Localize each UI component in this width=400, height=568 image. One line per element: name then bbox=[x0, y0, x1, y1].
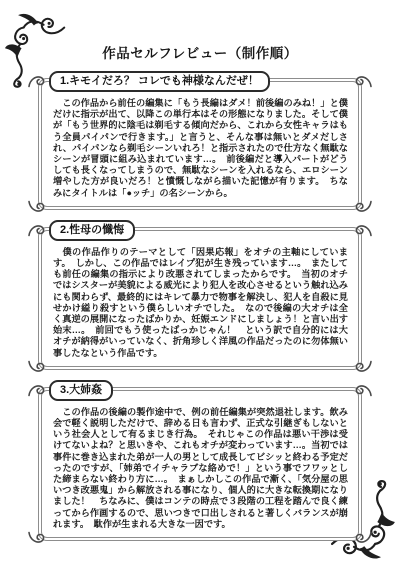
corner-swirl-icon bbox=[354, 199, 372, 214]
corner-swirl-icon bbox=[28, 74, 46, 89]
section-2-label: 2.性母の懺悔 bbox=[49, 220, 135, 241]
section-1-body: この作品から前任の編集に「もう長編はダメ！前後編のみね！」と僕だけに指示が出て、… bbox=[53, 98, 348, 199]
section-3-label: 3.大姉姦 bbox=[49, 380, 113, 401]
section-1-label: 1.キモイだろ？ コレでも神様なんだぜ！ bbox=[49, 71, 270, 92]
corner-swirl-icon bbox=[28, 199, 46, 214]
corner-swirl-icon bbox=[354, 74, 372, 89]
corner-swirl-icon bbox=[354, 359, 372, 374]
corner-swirl-icon bbox=[354, 223, 372, 238]
corner-swirl-icon bbox=[28, 359, 46, 374]
review-panel-3: 3.大姉姦 この作品の後編の製作途中で、例の前任編集が突然退社します。飲み会で軽… bbox=[38, 387, 362, 541]
review-panel-2: 2.性母の懺悔 僕の作品作りのテーマとして「因果応報」をオチの主軸にしています。… bbox=[38, 227, 362, 370]
page-title: 作品セルフレビュー（制作順） bbox=[0, 42, 400, 62]
scanned-review-page: { "page": { "title": "作品セルフレビュー（制作順）" },… bbox=[0, 0, 400, 568]
corner-swirl-icon bbox=[354, 530, 372, 545]
section-3-body: この作品の後編の製作途中で、例の前任編集が突然退社します。飲み会で軽く説明しただ… bbox=[53, 407, 348, 530]
review-panel-list: 1.キモイだろ？ コレでも神様なんだぜ！ この作品から前任の編集に「もう長編はダ… bbox=[38, 78, 362, 558]
corner-swirl-icon bbox=[28, 383, 46, 398]
section-2-body: 僕の作品作りのテーマとして「因果応報」をオチの主軸にしています。 しかし、この作… bbox=[53, 247, 348, 359]
review-panel-1: 1.キモイだろ？ コレでも神様なんだぜ！ この作品から前任の編集に「もう長編はダ… bbox=[38, 78, 362, 210]
corner-swirl-icon bbox=[354, 383, 372, 398]
corner-swirl-icon bbox=[28, 223, 46, 238]
corner-swirl-icon bbox=[28, 530, 46, 545]
